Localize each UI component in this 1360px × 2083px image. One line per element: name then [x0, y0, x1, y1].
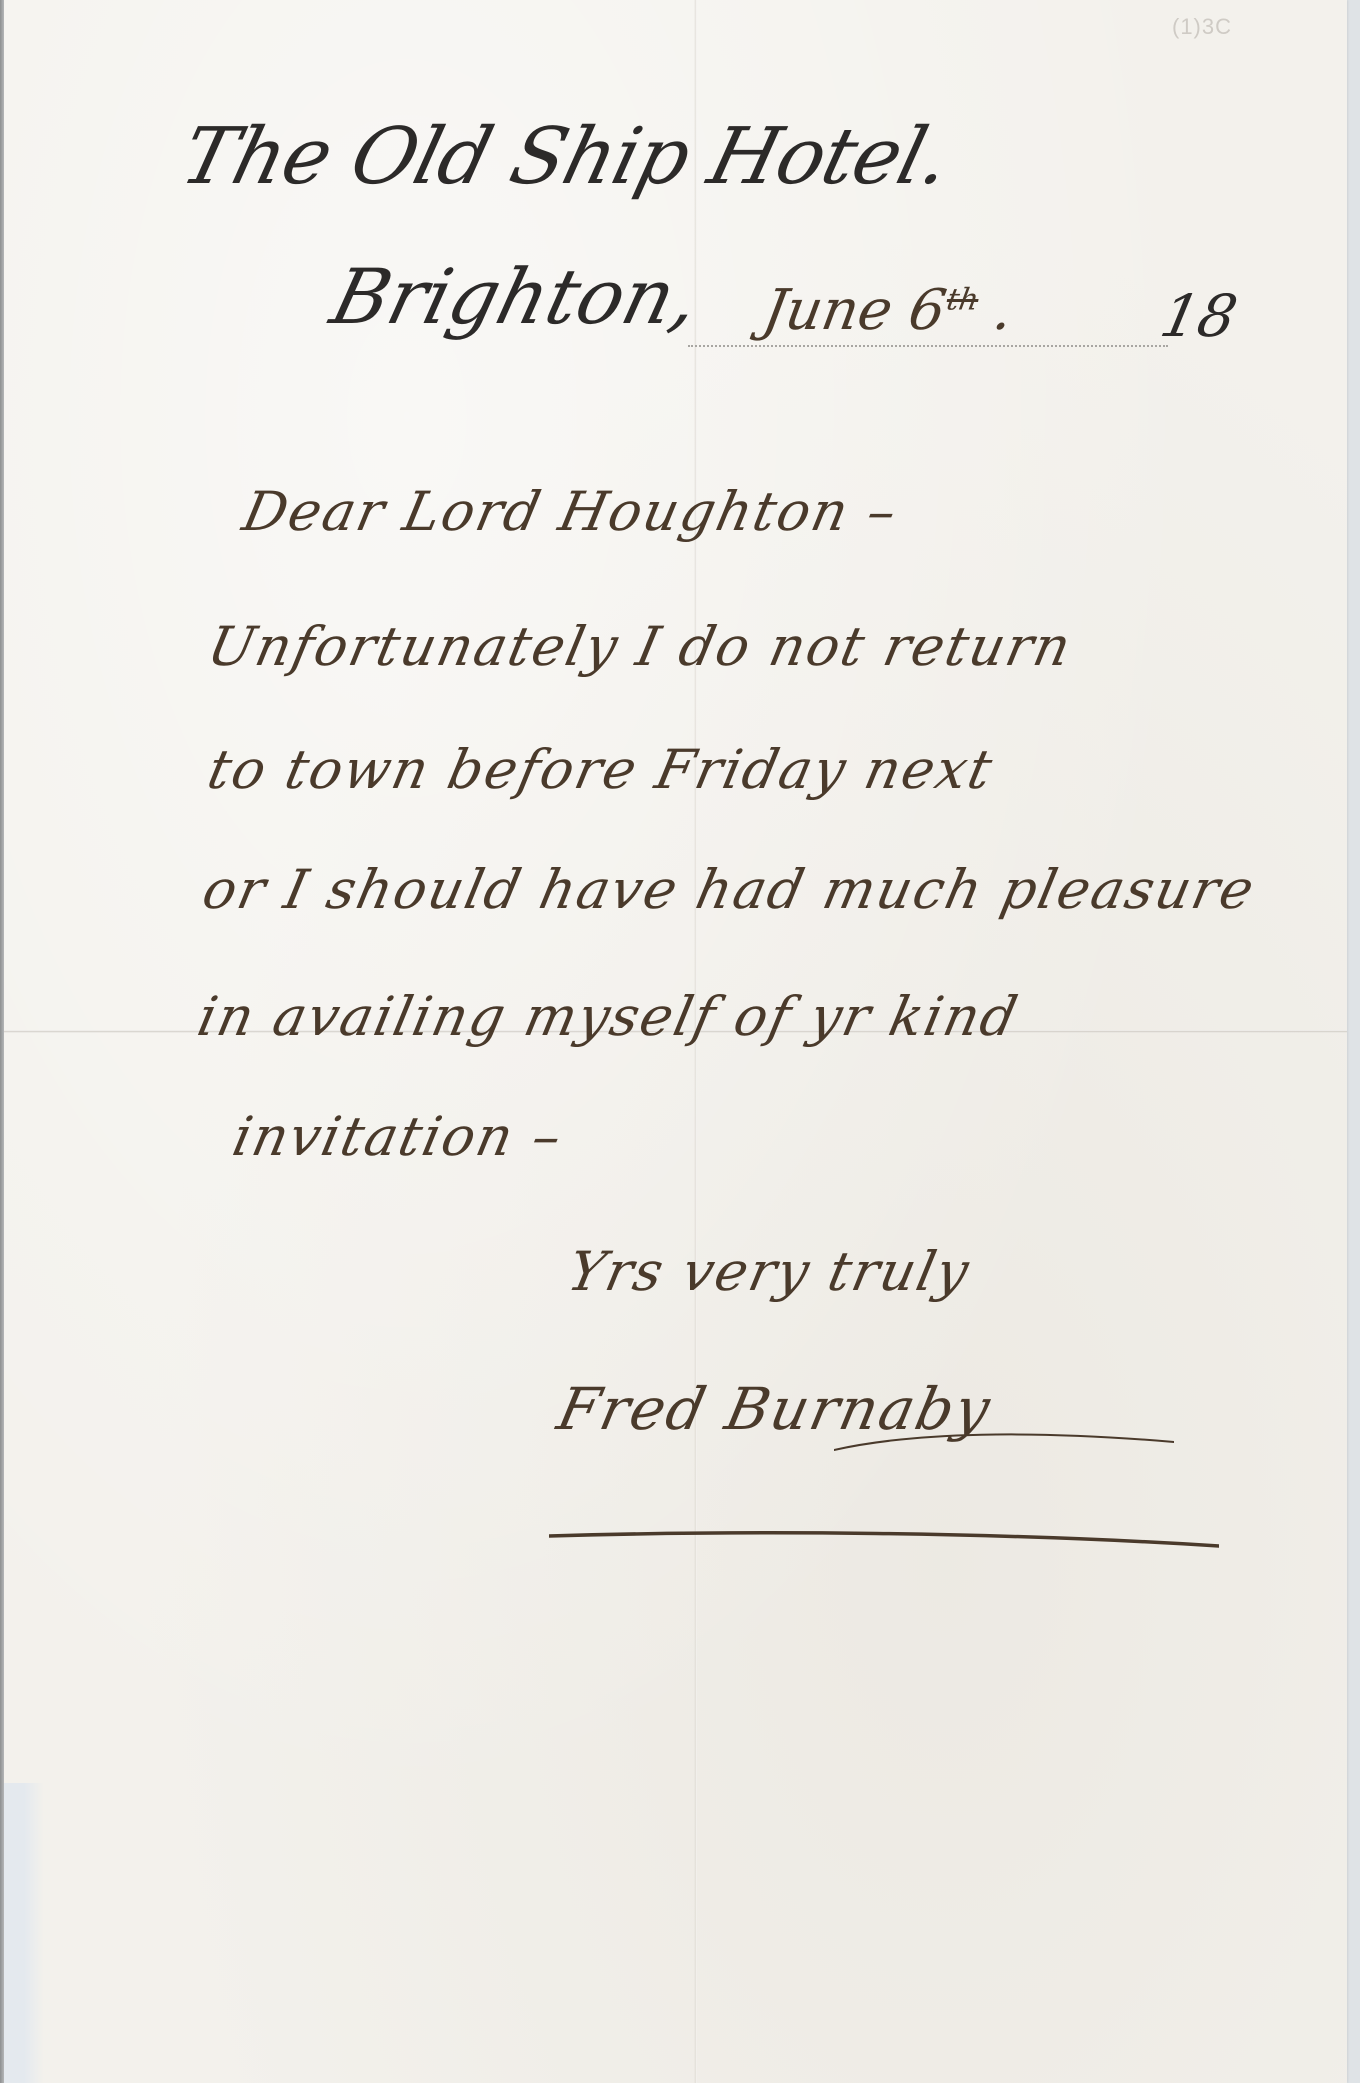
- date-month-day: June 6: [758, 278, 951, 343]
- signature-underline: [549, 1530, 1219, 1550]
- body-line: Unfortunately I do not return: [202, 615, 1078, 678]
- date-year-prefix: 18: [1155, 282, 1243, 350]
- letterhead-city: Brighton,: [323, 252, 709, 341]
- date-separator: .: [989, 278, 1018, 343]
- torn-paper-edge: [4, 1783, 44, 2083]
- letterhead-hotel-name: The Old Ship Hotel.: [173, 112, 959, 202]
- date-ordinal: th: [944, 282, 982, 317]
- body-line: invitation –: [227, 1105, 569, 1168]
- body-line: or I should have had much pleasure: [197, 858, 1261, 921]
- scanned-letter: (1)3C The Old Ship Hotel. Brighton, June…: [0, 0, 1360, 2083]
- signature-flourish: [834, 1428, 1174, 1458]
- body-line: to town before Friday next: [202, 738, 999, 801]
- letter-paper: (1)3C The Old Ship Hotel. Brighton, June…: [4, 0, 1347, 2083]
- letter-closing: Yrs very truly: [562, 1240, 976, 1303]
- letter-date: June 6th .: [758, 278, 1018, 343]
- body-line: in availing myself of yr kind: [192, 985, 1024, 1048]
- date-dotted-rule: [688, 345, 1168, 347]
- letter-greeting: Dear Lord Houghton –: [237, 480, 904, 543]
- archive-pencil-mark: (1)3C: [1172, 14, 1232, 40]
